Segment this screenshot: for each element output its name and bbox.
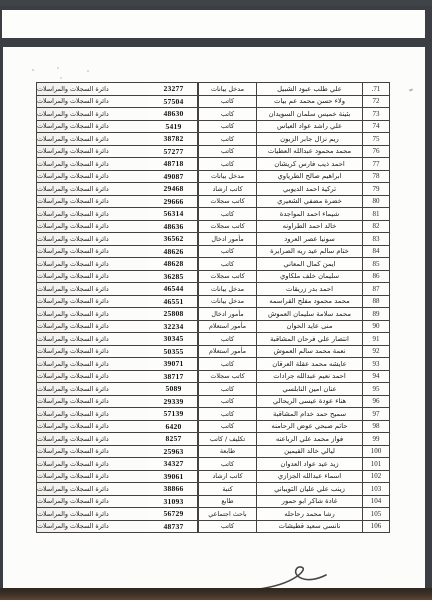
employee-number-cell: 29339 <box>150 395 198 409</box>
serial-cell: 80 <box>362 195 390 209</box>
employee-number-cell: 48737 <box>150 520 198 534</box>
department-cell: دائرة السجلات والمراسلات <box>36 345 150 359</box>
employee-number-cell: 30345 <box>150 332 198 346</box>
table-row: 76محمد محمود عبدالله العطياتكاتب57277دائ… <box>40 145 390 159</box>
serial-cell: 90 <box>362 320 390 334</box>
table-row: 98حاتم صبحي عوض الرحامنهكاتب6420دائرة ال… <box>40 420 390 434</box>
job-title-cell: مدخل بيانات <box>198 170 256 184</box>
serial-cell: 85 <box>362 257 390 271</box>
job-title-cell: مدخل بيانات <box>198 282 256 296</box>
employee-number-cell: 5419 <box>150 120 198 134</box>
serial-cell: 78 <box>362 170 390 184</box>
department-cell: دائرة السجلات والمراسلات <box>36 182 150 196</box>
table-row: 75ريم نزال جابر الزبونكاتب38782دائرة الس… <box>40 132 390 146</box>
employee-number-cell: 29468 <box>150 182 198 196</box>
job-title-cell: كاتب <box>198 520 256 534</box>
employee-number-cell: 23277 <box>150 82 198 96</box>
serial-cell: 93 <box>362 357 390 371</box>
department-cell: دائرة السجلات والمراسلات <box>36 295 150 309</box>
employee-name-cell: شيماء احمد المواجدة <box>256 207 362 221</box>
job-title-cell: كاتب سجلات <box>198 220 256 234</box>
employee-number-cell: 34327 <box>150 457 198 471</box>
serial-cell: 104 <box>362 495 390 509</box>
serial-cell: 88 <box>362 295 390 309</box>
serial-cell: 83 <box>362 232 390 246</box>
employee-name-cell: سميح حمد خدام المشاقبة <box>256 407 362 421</box>
employee-name-cell: احمد نعيم عبدالله جرادات <box>256 370 362 384</box>
pdf-viewer-viewport: .71علي طلب عبود الشبيلمدخل بيانات23277دا… <box>0 0 432 600</box>
employee-number-cell: 46544 <box>150 282 198 296</box>
serial-cell: 97 <box>362 407 390 421</box>
table-row: 100ليالي خالد القيمينطابعة25963دائرة الس… <box>40 445 390 459</box>
employee-number-cell: 49087 <box>150 170 198 184</box>
employee-name-cell: ايمن كمال المعاني <box>256 257 362 271</box>
department-cell: دائرة السجلات والمراسلات <box>36 407 150 421</box>
job-title-cell: كاتب <box>198 395 256 409</box>
employee-name-cell: اسماء عبدالله الجزازي <box>256 470 362 484</box>
serial-cell: 91 <box>362 332 390 346</box>
employee-name-cell: عايشه محمد عقلة العرقان <box>256 357 362 371</box>
department-cell: دائرة السجلات والمراسلات <box>36 107 150 121</box>
serial-cell: 76 <box>362 145 390 159</box>
employee-name-cell: هناء عودة عيسى الريحالي <box>256 395 362 409</box>
document-page: .71علي طلب عبود الشبيلمدخل بيانات23277دا… <box>3 47 425 588</box>
employee-name-cell: محمد محمود مفلح القراسمه <box>256 295 362 309</box>
employee-name-cell: تركية احمد الديوبي <box>256 182 362 196</box>
serial-cell: 82 <box>362 220 390 234</box>
employee-number-cell: 6420 <box>150 420 198 434</box>
scan-stray-mark <box>409 88 413 91</box>
serial-cell: 92 <box>362 345 390 359</box>
job-title-cell: كاتب <box>198 457 256 471</box>
employee-name-cell: انتصار علي فرحان المشاقبة <box>256 332 362 346</box>
department-cell: دائرة السجلات والمراسلات <box>36 207 150 221</box>
table-row: 83سونيا عصر العرودمأمور ادخال36562دائرة … <box>40 232 390 246</box>
job-title-cell: كاتب سجلات <box>198 370 256 384</box>
table-row: 85ايمن كمال المعانيكاتب48628دائرة السجلا… <box>40 257 390 271</box>
employee-name-cell: ليالي خالد القيمين <box>256 445 362 459</box>
employee-number-cell: 39061 <box>150 470 198 484</box>
serial-cell: 72 <box>362 95 390 109</box>
job-title-cell: مأمور ادخال <box>198 232 256 246</box>
employee-name-cell: علي طلب عبود الشبيل <box>256 82 362 96</box>
department-cell: دائرة السجلات والمراسلات <box>36 232 150 246</box>
serial-cell: 75 <box>362 132 390 146</box>
department-cell: دائرة السجلات والمراسلات <box>36 420 150 434</box>
table-row: 79تركية احمد الديوبيكاتب ارشاد29468دائرة… <box>40 182 390 196</box>
employee-number-cell: 48626 <box>150 245 198 259</box>
scan-speckles <box>32 69 34 71</box>
department-cell: دائرة السجلات والمراسلات <box>36 132 150 146</box>
serial-cell: 96 <box>362 395 390 409</box>
serial-cell: 84 <box>362 245 390 259</box>
department-cell: دائرة السجلات والمراسلات <box>36 245 150 259</box>
table-row: 93عايشه محمد عقلة العرقانكاتب39071دائرة … <box>40 357 390 371</box>
serial-cell: 95 <box>362 382 390 396</box>
employee-number-cell: 25808 <box>150 307 198 321</box>
job-title-cell: كتبة <box>198 482 256 496</box>
employee-name-cell: احمد بدر زريقات <box>256 282 362 296</box>
department-cell: دائرة السجلات والمراسلات <box>36 495 150 509</box>
department-cell: دائرة السجلات والمراسلات <box>36 157 150 171</box>
department-cell: دائرة السجلات والمراسلات <box>36 320 150 334</box>
job-title-cell: كاتب <box>198 332 256 346</box>
job-title-cell: مأمور ادخال <box>198 307 256 321</box>
department-cell: دائرة السجلات والمراسلات <box>36 270 150 284</box>
employee-number-cell: 46551 <box>150 295 198 309</box>
serial-cell: 105 <box>362 507 390 521</box>
employee-name-cell: عنان امين النابلسي <box>256 382 362 396</box>
table-row: 99فواز محمد علي الرباعنهتكليف / كاتب8257… <box>40 432 390 446</box>
table-row: 87احمد بدر زريقاتمدخل بيانات46544دائرة ا… <box>40 282 390 296</box>
job-title-cell: كاتب <box>198 357 256 371</box>
table-row: 105رشا محمد رحاحلهباحث اجتماعي56729دائرة… <box>40 507 390 521</box>
serial-cell: 89 <box>362 307 390 321</box>
table-row: 94احمد نعيم عبدالله جراداتكاتب سجلات3871… <box>40 370 390 384</box>
employee-number-cell: 56729 <box>150 507 198 521</box>
employee-name-cell: محمد محمود عبدالله العطيات <box>256 145 362 159</box>
previous-page-bottom-edge <box>2 10 425 38</box>
employee-name-cell: خالد احمد الطراونه <box>256 220 362 234</box>
department-cell: دائرة السجلات والمراسلات <box>36 470 150 484</box>
job-title-cell: كاتب <box>198 107 256 121</box>
employee-number-cell: 39071 <box>150 357 198 371</box>
department-cell: دائرة السجلات والمراسلات <box>36 145 150 159</box>
employee-number-cell: 36562 <box>150 232 198 246</box>
job-title-cell: كاتب سجلات <box>198 270 256 284</box>
employee-name-cell: فواز محمد علي الرباعنه <box>256 432 362 446</box>
table-row: .71علي طلب عبود الشبيلمدخل بيانات23277دا… <box>40 82 390 96</box>
employee-name-cell: علي راشد عواد العباس <box>256 120 362 134</box>
table-row: 91انتصار علي فرحان المشاقبةكاتب30345دائر… <box>40 332 390 346</box>
employee-name-cell: زيد عيد عواد العدوان <box>256 457 362 471</box>
job-title-cell: كاتب <box>198 120 256 134</box>
department-cell: دائرة السجلات والمراسلات <box>36 220 150 234</box>
table-row: 88محمد محمود مفلح القراسمهمدخل بيانات465… <box>40 295 390 309</box>
department-cell: دائرة السجلات والمراسلات <box>36 432 150 446</box>
table-row: 81شيماء احمد المواجدةكاتب56314دائرة السج… <box>40 207 390 221</box>
serial-cell: 99 <box>362 432 390 446</box>
job-title-cell: كاتب <box>198 95 256 109</box>
table-row: 96هناء عودة عيسى الريحاليكاتب29339دائرة … <box>40 395 390 409</box>
serial-cell: 73 <box>362 107 390 121</box>
table-row: 82خالد احمد الطراونهكاتب سجلات48636دائرة… <box>40 220 390 234</box>
employee-table: .71علي طلب عبود الشبيلمدخل بيانات23277دا… <box>40 82 390 533</box>
viewer-bottom-chrome <box>0 588 432 600</box>
employee-name-cell: منى عايد الحوان <box>256 320 362 334</box>
serial-cell: 103 <box>362 482 390 496</box>
job-title-cell: كاتب <box>198 145 256 159</box>
employee-name-cell: ريم نزال جابر الزبون <box>256 132 362 146</box>
job-title-cell: باحث اجتماعي <box>198 507 256 521</box>
serial-cell: 106 <box>362 520 390 534</box>
employee-name-cell: احمد ذيب فارس كريشان <box>256 157 362 171</box>
employee-number-cell: 48630 <box>150 107 198 121</box>
serial-cell: 98 <box>362 420 390 434</box>
table-row: 73بثينة خميس سلمان السويدانكاتب48630دائر… <box>40 107 390 121</box>
employee-number-cell: 48636 <box>150 220 198 234</box>
table-row: 104غادة شاكر ابو حمورطابع31093دائرة السج… <box>40 495 390 509</box>
table-row: 106نانسي سعيد قطيشاتكاتب48737دائرة السجل… <box>40 520 390 534</box>
employee-number-cell: 29666 <box>150 195 198 209</box>
employee-number-cell: 57504 <box>150 95 198 109</box>
job-title-cell: مأمور استعلام <box>198 320 256 334</box>
job-title-cell: مدخل بيانات <box>198 295 256 309</box>
department-cell: دائرة السجلات والمراسلات <box>36 120 150 134</box>
employee-name-cell: محمد سلامة سليمان العموش <box>256 307 362 321</box>
employee-number-cell: 32234 <box>150 320 198 334</box>
serial-cell: 79 <box>362 182 390 196</box>
job-title-cell: طابعة <box>198 445 256 459</box>
department-cell: دائرة السجلات والمراسلات <box>36 82 150 96</box>
department-cell: دائرة السجلات والمراسلات <box>36 282 150 296</box>
table-row: 90منى عايد الحوانمأمور استعلام32234دائرة… <box>40 320 390 334</box>
employee-name-cell: سليمان خلف ملكاوي <box>256 270 362 284</box>
table-row: 95عنان امين النابلسيكاتب5089دائرة السجلا… <box>40 382 390 396</box>
employee-name-cell: زينب علي عليان الثويباني <box>256 482 362 496</box>
serial-cell: 94 <box>362 370 390 384</box>
job-title-cell: تكليف / كاتب <box>198 432 256 446</box>
employee-name-cell: حاتم صبحي عوض الرحامنه <box>256 420 362 434</box>
employee-number-cell: 36285 <box>150 270 198 284</box>
department-cell: دائرة السجلات والمراسلات <box>36 170 150 184</box>
job-title-cell: طابع <box>198 495 256 509</box>
department-cell: دائرة السجلات والمراسلات <box>36 507 150 521</box>
table-row: 97سميح حمد خدام المشاقبةكاتب57139دائرة ا… <box>40 407 390 421</box>
table-row: 77احمد ذيب فارس كريشانكاتب48718دائرة الس… <box>40 157 390 171</box>
serial-cell: 74 <box>362 120 390 134</box>
table-row: 102اسماء عبدالله الجزازيكاتب ارشاد39061د… <box>40 470 390 484</box>
employee-number-cell: 25963 <box>150 445 198 459</box>
department-cell: دائرة السجلات والمراسلات <box>36 445 150 459</box>
job-title-cell: مدخل بيانات <box>198 82 256 96</box>
table-row: 89محمد سلامة سليمان العموشمأمور ادخال258… <box>40 307 390 321</box>
department-cell: دائرة السجلات والمراسلات <box>36 357 150 371</box>
department-cell: دائرة السجلات والمراسلات <box>36 395 150 409</box>
table-row: 86سليمان خلف ملكاويكاتب سجلات36285دائرة … <box>40 270 390 284</box>
serial-cell: 86 <box>362 270 390 284</box>
employee-number-cell: 48628 <box>150 257 198 271</box>
employee-name-cell: ولاء حسن محمد عم بيات <box>256 95 362 109</box>
department-cell: دائرة السجلات والمراسلات <box>36 95 150 109</box>
table-row: 101زيد عيد عواد العدوانكاتب34327دائرة ال… <box>40 457 390 471</box>
job-title-cell: كاتب <box>198 257 256 271</box>
employee-name-cell: سونيا عصر العرود <box>256 232 362 246</box>
serial-cell: 100 <box>362 445 390 459</box>
serial-cell: 102 <box>362 470 390 484</box>
employee-number-cell: 48718 <box>150 157 198 171</box>
table-row: 80خضرة مضفي الشعيريكاتب سجلات29666دائرة … <box>40 195 390 209</box>
table-row: 74علي راشد عواد العباسكاتب5419دائرة السج… <box>40 120 390 134</box>
job-title-cell: كاتب <box>198 407 256 421</box>
department-cell: دائرة السجلات والمراسلات <box>36 520 150 534</box>
table-row: 103زينب علي عليان الثويبانيكتبة38866دائر… <box>40 482 390 496</box>
department-cell: دائرة السجلات والمراسلات <box>36 332 150 346</box>
department-cell: دائرة السجلات والمراسلات <box>36 482 150 496</box>
employee-number-cell: 38866 <box>150 482 198 496</box>
serial-cell: 77 <box>362 157 390 171</box>
job-title-cell: كاتب سجلات <box>198 195 256 209</box>
department-cell: دائرة السجلات والمراسلات <box>36 370 150 384</box>
department-cell: دائرة السجلات والمراسلات <box>36 257 150 271</box>
employee-number-cell: 57139 <box>150 407 198 421</box>
table-row: 78ابراهيم صالح الطرياويمدخل بيانات49087د… <box>40 170 390 184</box>
employee-number-cell: 38717 <box>150 370 198 384</box>
employee-name-cell: غادة شاكر ابو حمور <box>256 495 362 509</box>
job-title-cell: كاتب <box>198 420 256 434</box>
employee-name-cell: ابراهيم صالح الطرياوي <box>256 170 362 184</box>
job-title-cell: كاتب <box>198 207 256 221</box>
serial-cell: 87 <box>362 282 390 296</box>
employee-number-cell: 56314 <box>150 207 198 221</box>
serial-cell: 101 <box>362 457 390 471</box>
department-cell: دائرة السجلات والمراسلات <box>36 382 150 396</box>
job-title-cell: مأمور استعلام <box>198 345 256 359</box>
employee-name-cell: خضرة مضفي الشعيري <box>256 195 362 209</box>
department-cell: دائرة السجلات والمراسلات <box>36 457 150 471</box>
employee-name-cell: ختام سالم عيد ريه الصرايرة <box>256 245 362 259</box>
job-title-cell: كاتب <box>198 132 256 146</box>
employee-number-cell: 38782 <box>150 132 198 146</box>
employee-number-cell: 8257 <box>150 432 198 446</box>
employee-number-cell: 50355 <box>150 345 198 359</box>
table-row: 84ختام سالم عيد ريه الصرايرةكاتب48626دائ… <box>40 245 390 259</box>
serial-cell: .71 <box>362 82 390 96</box>
job-title-cell: كاتب <box>198 245 256 259</box>
department-cell: دائرة السجلات والمراسلات <box>36 307 150 321</box>
job-title-cell: كاتب <box>198 157 256 171</box>
serial-cell: 81 <box>362 207 390 221</box>
department-cell: دائرة السجلات والمراسلات <box>36 195 150 209</box>
employee-name-cell: نانسي سعيد قطيشات <box>256 520 362 534</box>
employee-number-cell: 5089 <box>150 382 198 396</box>
employee-number-cell: 31093 <box>150 495 198 509</box>
employee-number-cell: 57277 <box>150 145 198 159</box>
employee-name-cell: بثينة خميس سلمان السويدان <box>256 107 362 121</box>
employee-name-cell: نعمة محمد سالم العموش <box>256 345 362 359</box>
employee-name-cell: رشا محمد رحاحله <box>256 507 362 521</box>
table-row: 92نعمة محمد سالم العموشمأمور استعلام5035… <box>40 345 390 359</box>
job-title-cell: كاتب ارشاد <box>198 182 256 196</box>
table-row: 72ولاء حسن محمد عم بياتكاتب57504دائرة ال… <box>40 95 390 109</box>
job-title-cell: كاتب <box>198 382 256 396</box>
job-title-cell: كاتب ارشاد <box>198 470 256 484</box>
